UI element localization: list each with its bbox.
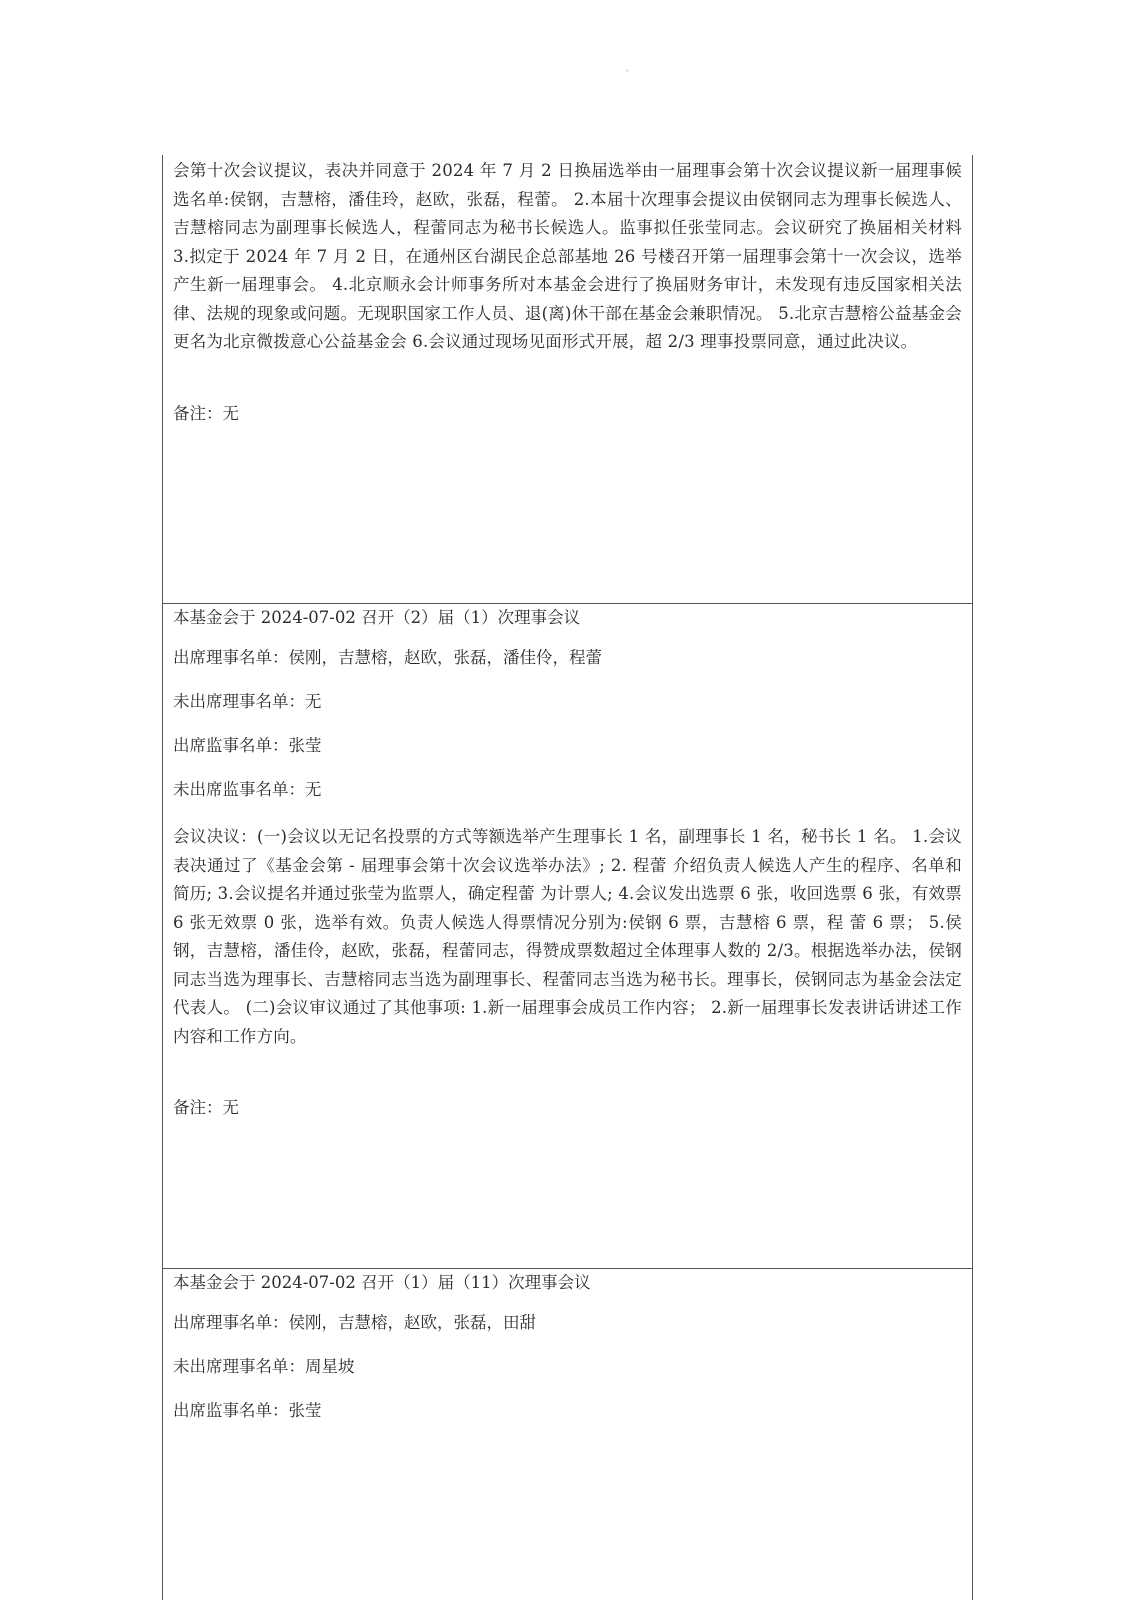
absent-directors: 未出席理事名单：周星坡 bbox=[173, 1356, 962, 1378]
remark: 备注：无 bbox=[173, 403, 962, 425]
absent-directors: 未出席理事名单：无 bbox=[173, 691, 962, 713]
remark: 备注：无 bbox=[173, 1097, 962, 1119]
meeting-row-continued: 会第十次会议提议，表决并同意于 2024 年 7 月 2 日换届选举由一届理事会… bbox=[163, 155, 972, 603]
attending-supervisors: 出席监事名单：张莹 bbox=[173, 1400, 962, 1422]
meeting-row-2-1: 本基金会于 2024-07-02 召开（2）届（1）次理事会议 出席理事名单：侯… bbox=[163, 603, 972, 1268]
meeting-title: 本基金会于 2024-07-02 召开（1）届（11）次理事会议 bbox=[173, 1269, 962, 1294]
attending-directors: 出席理事名单：侯刚，吉慧榕，赵欧，张磊，潘佳伶，程蕾 bbox=[173, 647, 962, 669]
resolution-text: 会第十次会议提议，表决并同意于 2024 年 7 月 2 日换届选举由一届理事会… bbox=[173, 155, 962, 357]
absent-supervisors: 未出席监事名单：无 bbox=[173, 779, 962, 801]
resolution-text: 会议决议：(一)会议以无记名投票的方式等额选举产生理事长 1 名，副理事长 1 … bbox=[173, 823, 962, 1051]
attending-supervisors: 出席监事名单：张莹 bbox=[173, 735, 962, 757]
meeting-row-1-11: 本基金会于 2024-07-02 召开（1）届（11）次理事会议 出席理事名单：… bbox=[163, 1268, 972, 1600]
page-marker bbox=[626, 69, 629, 72]
meetings-table: 会第十次会议提议，表决并同意于 2024 年 7 月 2 日换届选举由一届理事会… bbox=[162, 155, 973, 1600]
attending-directors: 出席理事名单：侯刚，吉慧榕，赵欧，张磊，田甜 bbox=[173, 1312, 962, 1334]
meeting-title: 本基金会于 2024-07-02 召开（2）届（1）次理事会议 bbox=[173, 604, 962, 629]
